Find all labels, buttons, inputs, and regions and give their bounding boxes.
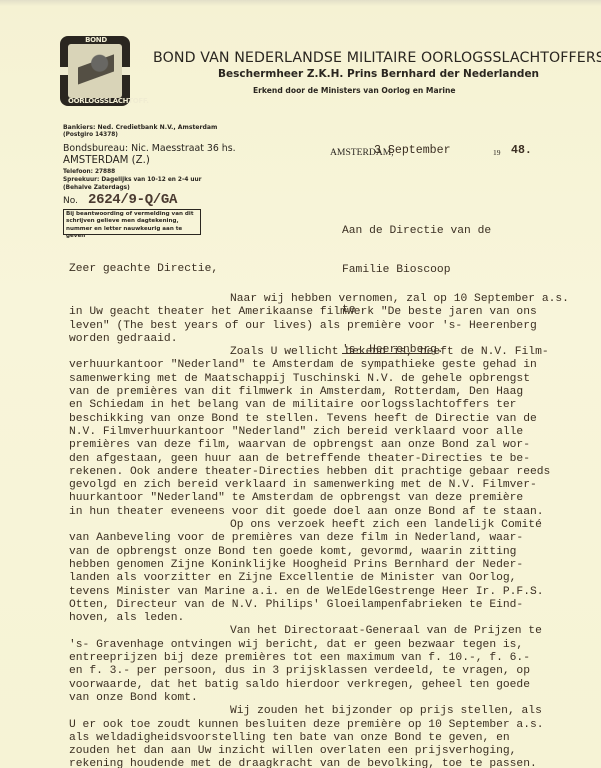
postgiro-info: (Postgiro 14378)	[63, 132, 118, 138]
bureau-city: AMSTERDAM (Z.)	[63, 155, 150, 166]
telephone-info: Telefoon: 27888	[63, 169, 115, 175]
reference-number: 2624/9-Q/GA	[88, 192, 177, 208]
date-year: 48.	[511, 144, 532, 157]
body-line: leven" (The best years of our lives) als…	[69, 320, 601, 333]
emblem-bar-left	[60, 67, 68, 75]
body-line: N.V. Filmverhuurkantoor "Nederland" zich…	[69, 426, 601, 439]
body-line: hoven, als leden.	[69, 612, 601, 625]
body-line: beschikking van onze Bond te stellen. Te…	[69, 413, 601, 426]
body-line: gevolgd en zich bereid verklaard in same…	[69, 479, 601, 492]
reply-notice-box: Bij beantwoording of vermelding van dit …	[63, 209, 201, 235]
body-line: in hun theater eveneens voor dit goede d…	[69, 506, 601, 519]
patron-line: Beschermheer Z.K.H. Prins Bernhard der N…	[218, 68, 539, 80]
office-hours-note: (Behalve Zaterdags)	[63, 185, 130, 191]
reference-label: No.	[63, 196, 78, 206]
body-line: van de premières van dit filmwerk in Ams…	[69, 386, 601, 399]
recipient-line: Aan de Directie van de	[342, 225, 491, 238]
body-line: U er ook toe zoudt kunnen besluiten deze…	[69, 719, 601, 732]
body-line: hebben genomen Zijne Koninklijke Hooghei…	[69, 559, 601, 572]
body-line: entreeprijzen bij deze premières tot een…	[69, 652, 601, 665]
body-line: Zoals U wellicht bekend is, heeft de N.V…	[69, 346, 601, 359]
body-line: huurkantoor "Nederland" te Amsterdam de …	[69, 492, 601, 505]
body-line: en f. 3.- per persoon, dus in 3 prijskla…	[69, 665, 601, 678]
body-line: zouden het dan aan Uw inzicht willen ove…	[69, 745, 601, 758]
body-line: verhuurkantoor "Nederland" te Amsterdam …	[69, 359, 601, 372]
bureau-address: Bondsbureau: Nic. Maesstraat 36 hs.	[63, 143, 236, 154]
organization-name: BOND VAN NEDERLANDSE MILITAIRE OORLOGSSL…	[153, 50, 593, 66]
letter-page: BOND v.NED.MILIT. OORLOGSSLACHTOFF. BOND…	[0, 0, 601, 768]
body-line: samenwerking met de Maatschappij Tuschin…	[69, 373, 601, 386]
body-line: Wij zouden het bijzonder op prijs stelle…	[69, 705, 601, 718]
bank-info: Bankiers: Ned. Credietbank N.V., Amsterd…	[63, 124, 217, 131]
body-line: rekening houdende met de draagkracht van…	[69, 758, 601, 768]
salutation: Zeer geachte Directie,	[69, 263, 218, 275]
body-line: als weldadigheidsvoorstelling ten bate v…	[69, 732, 601, 745]
lion-figure-icon	[78, 50, 114, 94]
emblem-inner	[68, 44, 122, 98]
letter-body: Naar wij hebben vernomen, zal op 10 Sept…	[69, 293, 601, 768]
emblem-bottom-text: OORLOGSSLACHTOFF.	[68, 97, 124, 106]
recognition-line: Erkend door de Ministers van Oorlog en M…	[253, 86, 456, 95]
body-line: van de opbrengst onze Bond ten goede kom…	[69, 546, 601, 559]
paper-edge	[0, 0, 601, 6]
body-line: voorwaarde, dat het batig saldo hierdoor…	[69, 679, 601, 692]
organization-emblem-icon: BOND v.NED.MILIT. OORLOGSSLACHTOFF.	[60, 36, 130, 106]
body-line: rekenen. Ook andere theater-Directies he…	[69, 466, 601, 479]
emblem-bar-right	[122, 67, 130, 75]
body-line: van Aanbeveling voor de premières van de…	[69, 532, 601, 545]
body-line: in Uw geacht theater het Amerikaanse fil…	[69, 306, 601, 319]
body-line: Otten, Directeur van de N.V. Philips' Gl…	[69, 599, 601, 612]
body-line: tevens Minister van Marine a.i. en de We…	[69, 586, 601, 599]
body-line: en Schiedam in het belang van de militai…	[69, 399, 601, 412]
date-century: 19	[493, 148, 501, 157]
body-line: van onze Bond komt.	[69, 692, 601, 705]
body-line: premières van deze film, waarvan de opbr…	[69, 439, 601, 452]
body-line: den afgestaan, geen huur aan de betreffe…	[69, 453, 601, 466]
date-day-month: 3 September	[374, 144, 451, 157]
body-line: Naar wij hebben vernomen, zal op 10 Sept…	[69, 293, 601, 306]
body-line: landen als voorzitter en Zijne Excellent…	[69, 572, 601, 585]
body-line: 's- Gravenhage ontvingen wij bericht, da…	[69, 639, 601, 652]
office-hours: Spreekuur: Dagelijks van 10-12 en 2-4 uu…	[63, 177, 202, 183]
body-line: Van het Directoraat-Generaal van de Prij…	[69, 625, 601, 638]
body-line: Op ons verzoek heeft zich een landelijk …	[69, 519, 601, 532]
recipient-line: Familie Bioscoop	[342, 264, 491, 277]
body-line: worden gedraaid.	[69, 333, 601, 346]
